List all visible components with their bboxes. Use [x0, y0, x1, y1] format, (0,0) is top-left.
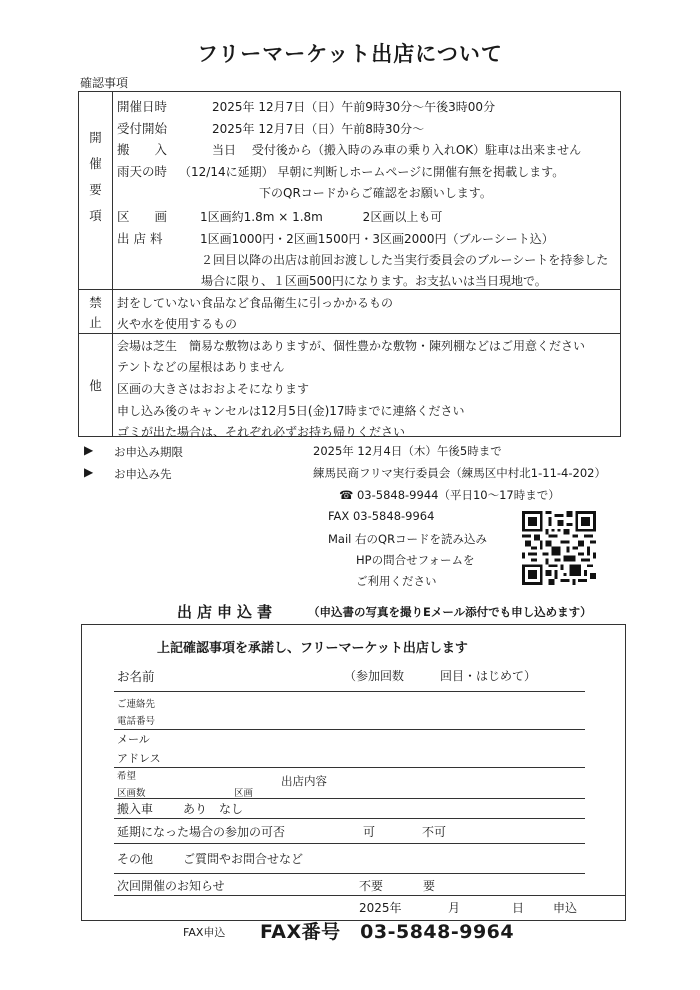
fax-apply-label: FAX申込	[183, 924, 225, 940]
info-row-reception: 受付開始2025年 12月7日（日）午前8時30分〜	[117, 119, 424, 137]
date-suffix: 申込	[553, 899, 577, 916]
deadline-label: お申込み期限	[114, 444, 183, 460]
other-item: 申し込み後のキャンセルは12月5日(金)17時までに連絡ください	[117, 402, 465, 419]
email-field-line[interactable]	[114, 767, 585, 768]
other-item: テントなどの屋根はありません	[117, 358, 284, 375]
plots-label: 希望	[117, 768, 136, 782]
section-label-char: 他	[79, 373, 112, 399]
info-row-date: 開催日時2025年 12月7日（日）午前9時30分〜午後3時00分	[117, 97, 495, 115]
notice-yes[interactable]: 要	[423, 877, 435, 894]
confirm-label: 確認事項	[80, 74, 128, 91]
consent-text: 上記確認事項を承諾し、フリーマーケット出店します	[157, 637, 468, 656]
fax-number-large: FAX番号 03-5848-9964	[260, 917, 514, 944]
mail-instruction: HPの問合せフォームを	[356, 552, 475, 568]
postpone-label: 延期になった場合の参加の可否	[117, 823, 285, 840]
other-item: 区画の大きさはおおよそになります	[117, 380, 309, 397]
destination-label: お申込み先	[114, 466, 172, 482]
name-field-line[interactable]	[114, 691, 585, 692]
date-month[interactable]: 月	[448, 899, 460, 916]
application-form: 上記確認事項を承諾し、フリーマーケット出店します お名前 （参加回数 回目・はじ…	[81, 624, 626, 921]
info-row-loading: 搬 入当日 受付後から（搬入時のみ車の乗り入れOK）駐車は出来ません	[117, 140, 581, 158]
vehicle-field-line	[114, 818, 585, 819]
fax-number: FAX 03-5848-9964	[328, 509, 434, 523]
qr-code[interactable]	[521, 511, 597, 585]
mail-instruction: ご利用ください	[356, 573, 437, 589]
info-row-fee: 出 店 料1区画1000円・2区画1500円・3区画2000円（ブルーシート込）	[117, 229, 554, 247]
other-field-line[interactable]	[114, 873, 585, 874]
section-label-char: 要	[79, 177, 112, 203]
column-divider	[112, 92, 113, 436]
form-note: （申込書の写真を撮りEメール添付でも申し込めます）	[308, 604, 592, 620]
destination-value: 練馬民商フリマ実行委員会（練馬区中村北1-11-4-202）	[313, 465, 606, 481]
info-row-rain-qr: 下のQRコードからご確認をお願いします。	[259, 184, 492, 201]
info-row-fee-note: 場合に限り、１区画500円になります。お支払いは当日現地で。	[201, 272, 547, 289]
prohibited-item: 封をしていない食品など食品衛生に引っかかるもの	[117, 294, 393, 311]
postpone-field-line	[114, 843, 585, 844]
notice-field-line	[114, 895, 625, 896]
plots-label: 区画数	[117, 785, 146, 799]
shop-content-label: 出店内容	[281, 773, 327, 789]
prohibited-item: 火や水を使用するもの	[117, 315, 237, 332]
contact-label: ご連絡先	[117, 696, 155, 710]
arrow-icon: ▶	[84, 443, 93, 457]
info-table: 開 催 要 項 開催日時2025年 12月7日（日）午前9時30分〜午後3時00…	[78, 91, 621, 437]
deadline-value: 2025年 12月4日（木）午後5時まで	[313, 443, 502, 459]
date-year: 2025年	[359, 899, 402, 916]
phone-number: ☎ 03-5848-9944（平日10〜17時まで）	[339, 487, 560, 503]
section-label-char: 止	[79, 310, 112, 336]
postpone-yes[interactable]: 可	[363, 823, 375, 840]
other-item: 会場は芝生 簡易な敷物はありますが、個性豊かな敷物・陳列棚などはご用意ください	[117, 337, 585, 354]
info-row-fee-note: ２回目以降の出店は前回お渡しした当実行委員会のブルーシートを持参した	[201, 251, 608, 268]
email-label: アドレス	[117, 750, 161, 766]
other-item: ゴミが出た場合は、それぞれ必ずお持ち帰りください	[117, 423, 405, 440]
other-hint: ご質問やお問合せなど	[183, 850, 303, 867]
page-title: フリーマーケット出店について	[0, 38, 700, 68]
notice-label: 次回開催のお知らせ	[117, 877, 225, 894]
section-label-char: 催	[79, 151, 112, 177]
section-divider	[79, 289, 620, 290]
other-label: その他	[117, 850, 153, 867]
vehicle-label: 搬入車	[117, 800, 153, 817]
notice-no[interactable]: 不要	[359, 877, 383, 894]
postpone-no[interactable]: 不可	[422, 823, 446, 840]
phone-field-line[interactable]	[114, 729, 585, 730]
info-row-rain: 雨天の時（12/14に延期） 早朝に判断しホームページに開催有無を掲載します。	[117, 162, 564, 180]
name-label: お名前	[117, 667, 155, 685]
contact-label: 電話番号	[117, 713, 155, 727]
participation-count[interactable]: （参加回数 回目・はじめて）	[344, 667, 536, 684]
plots-unit: 区画	[234, 785, 253, 799]
info-row-plot: 区 画1区画約1.8m × 1.8m 2区画以上も可	[117, 207, 442, 225]
section-divider	[79, 333, 620, 334]
section-label-char: 開	[79, 125, 112, 151]
plots-field-line[interactable]	[114, 798, 585, 799]
mail-instruction: Mail 右のQRコードを読み込み	[328, 531, 487, 547]
date-day[interactable]: 日	[512, 899, 524, 916]
section-label-char: 項	[79, 203, 112, 229]
email-label: メール	[117, 731, 150, 747]
arrow-icon: ▶	[84, 465, 93, 479]
form-heading: 出店申込書	[177, 601, 277, 622]
vehicle-options[interactable]: あり なし	[183, 800, 243, 817]
